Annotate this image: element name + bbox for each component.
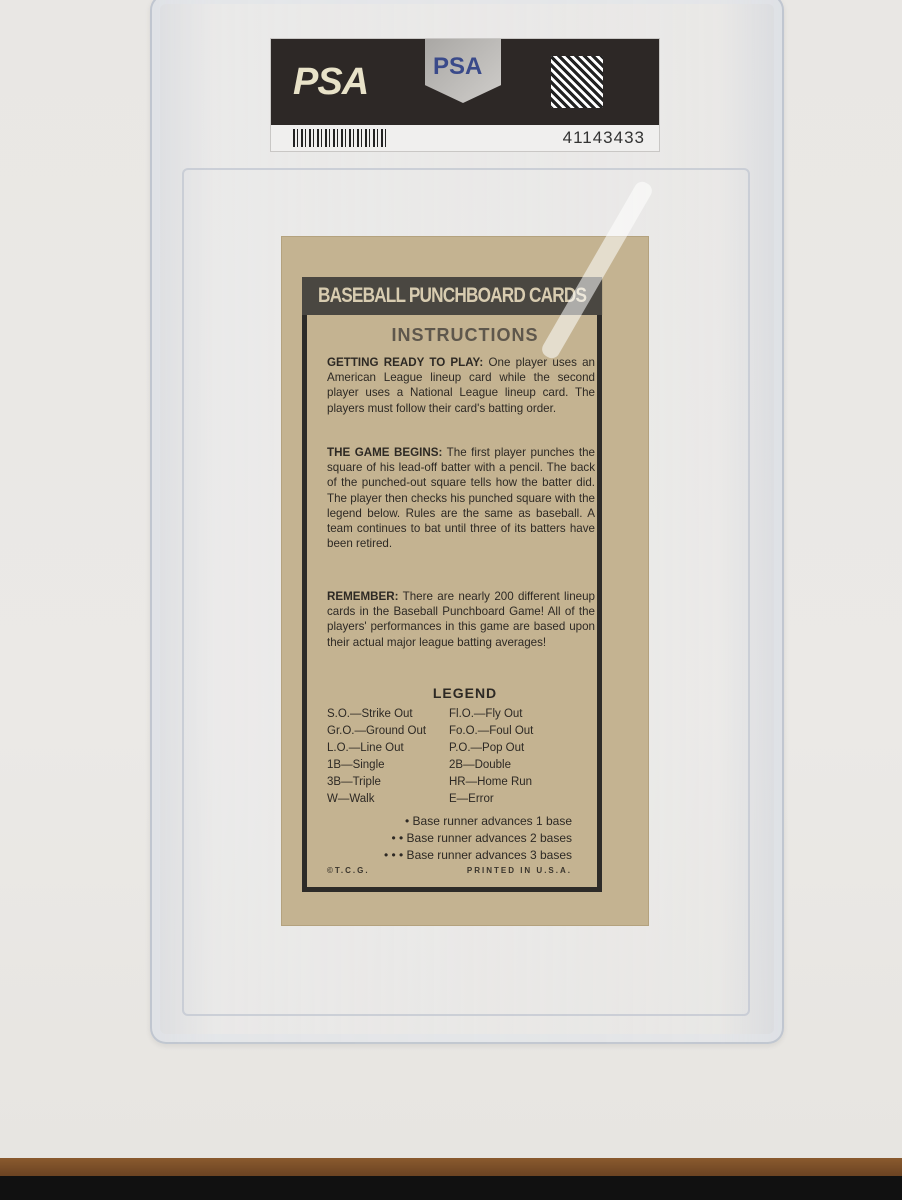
legend-item: W—Walk [327,791,449,808]
runner-line: • Base runner advances 1 base [322,813,572,830]
section-ready: GETTING READY TO PLAY: One player uses a… [327,355,595,416]
table-edge [0,1158,902,1176]
legend-item: Fo.O.—Foul Out [449,723,597,740]
psa-label: PSA PSA 41143433 [270,38,660,152]
legend-grid: S.O.—Strike Out Fl.O.—Fly Out Gr.O.—Grou… [327,706,597,808]
hologram-icon: PSA [425,39,501,103]
legend-item: E—Error [449,791,597,808]
floor [0,1176,902,1200]
legend-item: 2B—Double [449,757,597,774]
card-header: BASEBALL PUNCHBOARD CARDS [302,277,602,315]
card-title: INSTRUCTIONS [282,325,648,346]
legend-title: LEGEND [282,685,648,701]
barcode-icon [293,129,389,147]
legend-item: L.O.—Line Out [327,740,449,757]
label-banner: PSA PSA [271,39,659,125]
legend-item: P.O.—Pop Out [449,740,597,757]
legend-item: 1B—Single [327,757,449,774]
copyright: ©T.C.G. [327,866,370,875]
runner-line: • • • Base runner advances 3 bases [322,847,572,864]
legend-item: 3B—Triple [327,774,449,791]
runner-line: • • Base runner advances 2 bases [322,830,572,847]
legend-item: Gr.O.—Ground Out [327,723,449,740]
legend-item: HR—Home Run [449,774,597,791]
legend-item: Fl.O.—Fly Out [449,706,597,723]
runner-legend: • Base runner advances 1 base • • Base r… [322,813,572,864]
section-heading: REMEMBER: [327,590,399,603]
legend-item: S.O.—Strike Out [327,706,449,723]
card-footer: ©T.C.G. PRINTED IN U.S.A. [327,866,572,875]
section-body: The first player punches the square of h… [327,446,595,550]
qr-code-icon [546,51,608,113]
psa-logo: PSA [293,61,368,104]
hologram-text: PSA [433,53,482,81]
trading-card: BASEBALL PUNCHBOARD CARDS INSTRUCTIONS G… [282,237,648,925]
section-begins: THE GAME BEGINS: The first player punche… [327,445,595,551]
section-heading: THE GAME BEGINS: [327,446,442,459]
printed-in: PRINTED IN U.S.A. [467,866,572,875]
section-remember: REMEMBER: There are nearly 200 different… [327,589,595,650]
section-heading: GETTING READY TO PLAY: [327,356,483,369]
cert-number: 41143433 [563,128,645,148]
